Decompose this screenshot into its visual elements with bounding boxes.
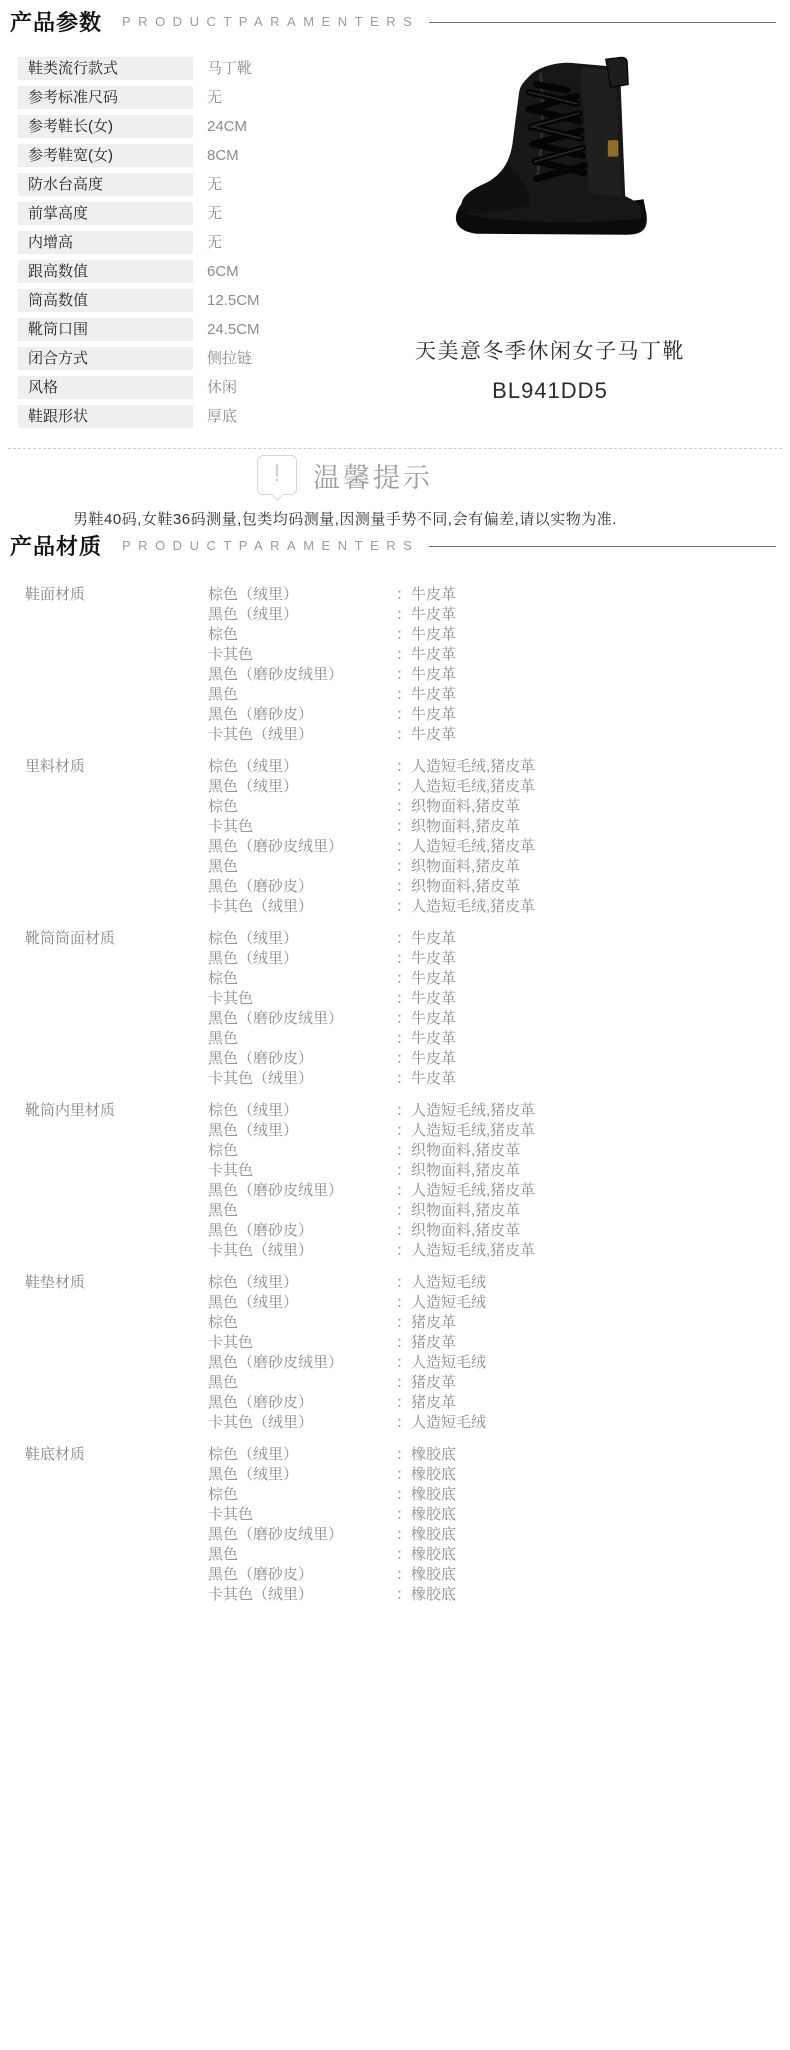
material-row: 卡其色（绒里） ：人造短毛绒,猪皮革 — [208, 897, 775, 917]
material-row: 黑色（磨砂皮绒里） ：人造短毛绒,猪皮革 — [208, 837, 775, 857]
material-color-variant: 棕色 — [208, 1485, 396, 1505]
material-value: ：人造短毛绒,猪皮革 — [396, 897, 535, 917]
header-rule — [429, 546, 776, 547]
material-value: ：牛皮革 — [396, 625, 456, 645]
material-color-variant: 黑色 — [208, 1029, 396, 1049]
material-row: 卡其色 ：牛皮革 — [208, 989, 775, 1009]
material-color-variant: 卡其色（绒里） — [208, 897, 396, 917]
material-row: 卡其色（绒里） ：橡胶底 — [208, 1585, 775, 1605]
param-label: 鞋类流行款式 — [18, 57, 193, 80]
material-color-variant: 棕色（绒里） — [208, 757, 396, 777]
material-value: ：牛皮革 — [396, 969, 456, 989]
material-section-label: 鞋面材质 — [25, 585, 208, 745]
material-color-variant: 黑色（磨砂皮绒里） — [208, 1009, 396, 1029]
param-row: 靴筒口围 24.5CM — [18, 318, 398, 341]
material-row: 卡其色 ：织物面料,猪皮革 — [208, 817, 775, 837]
param-label: 筒高数值 — [18, 289, 193, 312]
material-row: 黑色 ：织物面料,猪皮革 — [208, 1201, 775, 1221]
material-row: 黑色 ：猪皮革 — [208, 1373, 775, 1393]
param-value: 24CM — [207, 115, 247, 138]
material-row: 黑色（绒里） ：人造短毛绒,猪皮革 — [208, 1121, 775, 1141]
material-color-variant: 卡其色 — [208, 989, 396, 1009]
material-value: ：橡胶底 — [396, 1465, 456, 1485]
params-table: 鞋类流行款式 马丁靴 参考标准尺码 无 参考鞋长(女) 24CM 参考鞋宽(女)… — [18, 57, 398, 434]
material-value: ：织物面料,猪皮革 — [396, 1141, 520, 1161]
material-row: 棕色 ：牛皮革 — [208, 625, 775, 645]
material-color-variant: 黑色（磨砂皮绒里） — [208, 1181, 396, 1201]
material-section: 靴筒内里材质 棕色（绒里） ：人造短毛绒,猪皮革 黑色（绒里） ：人造短毛绒,猪… — [25, 1101, 775, 1261]
material-row: 卡其色 ：橡胶底 — [208, 1505, 775, 1525]
material-color-variant: 黑色（磨砂皮） — [208, 1049, 396, 1069]
materials-section-header: 产品材质 PRODUCTPARAMENTERS — [10, 530, 776, 561]
material-section: 里料材质 棕色（绒里） ：人造短毛绒,猪皮革 黑色（绒里） ：人造短毛绒,猪皮革 — [25, 757, 775, 917]
material-row: 黑色（磨砂皮绒里） ：牛皮革 — [208, 665, 775, 685]
product-name: 天美意冬季休闲女子马丁靴 — [400, 335, 700, 365]
param-value: 厚底 — [207, 405, 237, 428]
material-value: ：人造短毛绒,猪皮革 — [396, 757, 535, 777]
material-rows: 棕色（绒里） ：人造短毛绒,猪皮革 黑色（绒里） ：人造短毛绒,猪皮革 棕色 ：… — [208, 757, 775, 917]
product-summary: 天美意冬季休闲女子马丁靴 BL941DD5 — [400, 50, 700, 404]
material-color-variant: 卡其色 — [208, 645, 396, 665]
param-value: 12.5CM — [207, 289, 260, 312]
param-row: 闭合方式 侧拉链 — [18, 347, 398, 370]
material-color-variant: 棕色（绒里） — [208, 1273, 396, 1293]
material-row: 卡其色（绒里） ：牛皮革 — [208, 1069, 775, 1089]
material-color-variant: 黑色（磨砂皮绒里） — [208, 1353, 396, 1373]
material-value: ：牛皮革 — [396, 585, 456, 605]
param-row: 参考鞋宽(女) 8CM — [18, 144, 398, 167]
material-color-variant: 卡其色 — [208, 817, 396, 837]
material-row: 棕色（绒里） ：牛皮革 — [208, 929, 775, 949]
material-value: ：牛皮革 — [396, 929, 456, 949]
material-row: 棕色（绒里） ：人造短毛绒,猪皮革 — [208, 757, 775, 777]
material-value: ：织物面料,猪皮革 — [396, 1201, 520, 1221]
material-value: ：人造短毛绒 — [396, 1293, 486, 1313]
tips-note: 男鞋40码,女鞋36码测量,包类均码测量,因测量手势不同,会有偏差,请以实物为准… — [0, 508, 690, 529]
material-row: 卡其色 ：猪皮革 — [208, 1333, 775, 1353]
tips-title: 温馨提示 — [313, 456, 433, 495]
material-value: ：牛皮革 — [396, 685, 456, 705]
material-section: 鞋底材质 棕色（绒里） ：橡胶底 黑色（绒里） ：橡胶底 — [25, 1445, 775, 1605]
product-detail-page: 产品参数 PRODUCTPARAMENTERS 鞋类流行款式 马丁靴 参考标准尺… — [0, 0, 790, 2050]
material-value: ：人造短毛绒,猪皮革 — [396, 1121, 535, 1141]
material-value: ：牛皮革 — [396, 665, 456, 685]
param-label: 参考鞋宽(女) — [18, 144, 193, 167]
material-row: 卡其色 ：织物面料,猪皮革 — [208, 1161, 775, 1181]
material-section: 鞋面材质 棕色（绒里） ：牛皮革 黑色（绒里） ：牛皮革 — [25, 585, 775, 745]
material-rows: 棕色（绒里） ：牛皮革 黑色（绒里） ：牛皮革 棕色 ：牛皮革 — [208, 585, 775, 745]
material-row: 卡其色 ：牛皮革 — [208, 645, 775, 665]
material-section-label: 鞋底材质 — [25, 1445, 208, 1605]
material-color-variant: 黑色（磨砂皮） — [208, 705, 396, 725]
param-row: 风格 休闲 — [18, 376, 398, 399]
material-color-variant: 卡其色 — [208, 1161, 396, 1181]
material-row: 黑色（绒里） ：牛皮革 — [208, 605, 775, 625]
param-value: 6CM — [207, 260, 239, 283]
material-value: ：橡胶底 — [396, 1545, 456, 1565]
header-rule — [429, 22, 776, 23]
param-value: 8CM — [207, 144, 239, 167]
material-value: ：橡胶底 — [396, 1505, 456, 1525]
material-row: 棕色 ：牛皮革 — [208, 969, 775, 989]
material-value: ：猪皮革 — [396, 1333, 456, 1353]
material-color-variant: 黑色 — [208, 857, 396, 877]
material-color-variant: 棕色（绒里） — [208, 929, 396, 949]
material-color-variant: 棕色 — [208, 797, 396, 817]
material-color-variant: 棕色 — [208, 969, 396, 989]
material-color-variant: 卡其色 — [208, 1333, 396, 1353]
material-color-variant: 黑色（磨砂皮） — [208, 1565, 396, 1585]
material-row: 黑色（磨砂皮） ：牛皮革 — [208, 705, 775, 725]
params-section-title: 产品参数 — [10, 6, 102, 37]
material-row: 黑色 ：牛皮革 — [208, 685, 775, 705]
material-value: ：牛皮革 — [396, 645, 456, 665]
material-color-variant: 黑色（磨砂皮） — [208, 1393, 396, 1413]
material-color-variant: 黑色（绒里） — [208, 1465, 396, 1485]
material-row: 棕色（绒里） ：人造短毛绒 — [208, 1273, 775, 1293]
product-model-code: BL941DD5 — [400, 378, 700, 404]
material-row: 黑色（绒里） ：橡胶底 — [208, 1465, 775, 1485]
material-value: ：织物面料,猪皮革 — [396, 857, 520, 877]
param-row: 鞋跟形状 厚底 — [18, 405, 398, 428]
material-color-variant: 黑色（绒里） — [208, 1293, 396, 1313]
materials-section-title: 产品材质 — [10, 530, 102, 561]
param-label: 参考标准尺码 — [18, 86, 193, 109]
material-value: ：牛皮革 — [396, 1069, 456, 1089]
material-color-variant: 棕色（绒里） — [208, 585, 396, 605]
material-value: ：牛皮革 — [396, 989, 456, 1009]
material-section-label: 里料材质 — [25, 757, 208, 917]
material-value: ：猪皮革 — [396, 1393, 456, 1413]
material-row: 黑色 ：牛皮革 — [208, 1029, 775, 1049]
material-color-variant: 棕色 — [208, 1141, 396, 1161]
material-rows: 棕色（绒里） ：人造短毛绒,猪皮革 黑色（绒里） ：人造短毛绒,猪皮革 棕色 ：… — [208, 1101, 775, 1261]
material-value: ：猪皮革 — [396, 1373, 456, 1393]
material-row: 黑色（磨砂皮） ：牛皮革 — [208, 1049, 775, 1069]
material-rows: 棕色（绒里） ：牛皮革 黑色（绒里） ：牛皮革 棕色 ：牛皮革 — [208, 929, 775, 1089]
material-value: ：橡胶底 — [396, 1445, 456, 1465]
material-color-variant: 黑色 — [208, 685, 396, 705]
materials-table: 鞋面材质 棕色（绒里） ：牛皮革 黑色（绒里） ：牛皮革 — [25, 585, 775, 1617]
param-label: 防水台高度 — [18, 173, 193, 196]
material-row: 棕色 ：橡胶底 — [208, 1485, 775, 1505]
param-row: 筒高数值 12.5CM — [18, 289, 398, 312]
material-value: ：织物面料,猪皮革 — [396, 877, 520, 897]
param-value: 侧拉链 — [207, 347, 252, 370]
material-value: ：牛皮革 — [396, 725, 456, 745]
material-section: 靴筒筒面材质 棕色（绒里） ：牛皮革 黑色（绒里） ：牛皮革 — [25, 929, 775, 1089]
material-color-variant: 棕色（绒里） — [208, 1445, 396, 1465]
param-label: 跟高数值 — [18, 260, 193, 283]
exclamation-bubble-icon: ! — [257, 455, 297, 495]
param-value: 无 — [207, 173, 222, 196]
material-color-variant: 棕色 — [208, 1313, 396, 1333]
material-row: 棕色 ：织物面料,猪皮革 — [208, 797, 775, 817]
material-value: ：人造短毛绒,猪皮革 — [396, 777, 535, 797]
material-row: 黑色（磨砂皮） ：橡胶底 — [208, 1565, 775, 1585]
material-section: 鞋垫材质 棕色（绒里） ：人造短毛绒 黑色（绒里） ：人造短毛绒 — [25, 1273, 775, 1433]
param-label: 内增高 — [18, 231, 193, 254]
material-value: ：织物面料,猪皮革 — [396, 797, 520, 817]
material-value: ：橡胶底 — [396, 1525, 456, 1545]
param-label: 前掌高度 — [18, 202, 193, 225]
param-row: 鞋类流行款式 马丁靴 — [18, 57, 398, 80]
dashed-divider — [8, 448, 782, 449]
params-section-header: 产品参数 PRODUCTPARAMENTERS — [10, 6, 776, 37]
material-row: 棕色 ：猪皮革 — [208, 1313, 775, 1333]
material-value: ：织物面料,猪皮革 — [396, 1221, 520, 1241]
material-color-variant: 黑色（磨砂皮） — [208, 877, 396, 897]
material-section-label: 靴筒筒面材质 — [25, 929, 208, 1089]
param-row: 前掌高度 无 — [18, 202, 398, 225]
material-color-variant: 卡其色（绒里） — [208, 1413, 396, 1433]
material-color-variant: 卡其色（绒里） — [208, 1241, 396, 1261]
material-row: 黑色（磨砂皮） ：织物面料,猪皮革 — [208, 1221, 775, 1241]
param-value: 马丁靴 — [207, 57, 252, 80]
material-row: 棕色（绒里） ：牛皮革 — [208, 585, 775, 605]
material-color-variant: 黑色（绒里） — [208, 605, 396, 625]
material-row: 棕色（绒里） ：橡胶底 — [208, 1445, 775, 1465]
material-row: 卡其色（绒里） ：人造短毛绒 — [208, 1413, 775, 1433]
material-row: 卡其色（绒里） ：牛皮革 — [208, 725, 775, 745]
material-rows: 棕色（绒里） ：人造短毛绒 黑色（绒里） ：人造短毛绒 棕色 ：猪皮革 — [208, 1273, 775, 1433]
material-value: ：牛皮革 — [396, 1009, 456, 1029]
exclamation-glyph: ! — [258, 456, 296, 492]
param-label: 鞋跟形状 — [18, 405, 193, 428]
material-value: ：人造短毛绒 — [396, 1273, 486, 1293]
param-value: 休闲 — [207, 376, 237, 399]
param-row: 跟高数值 6CM — [18, 260, 398, 283]
material-row: 黑色（磨砂皮绒里） ：人造短毛绒 — [208, 1353, 775, 1373]
material-value: ：牛皮革 — [396, 705, 456, 725]
material-value: ：人造短毛绒,猪皮革 — [396, 1181, 535, 1201]
material-value: ：人造短毛绒 — [396, 1413, 486, 1433]
material-color-variant: 黑色（磨砂皮绒里） — [208, 837, 396, 857]
material-row: 卡其色（绒里） ：人造短毛绒,猪皮革 — [208, 1241, 775, 1261]
material-row: 黑色（绒里） ：牛皮革 — [208, 949, 775, 969]
material-row: 黑色（磨砂皮绒里） ：橡胶底 — [208, 1525, 775, 1545]
material-row: 黑色（磨砂皮） ：猪皮革 — [208, 1393, 775, 1413]
param-label: 参考鞋长(女) — [18, 115, 193, 138]
material-color-variant: 棕色 — [208, 625, 396, 645]
material-row: 棕色 ：织物面料,猪皮革 — [208, 1141, 775, 1161]
material-value: ：人造短毛绒,猪皮革 — [396, 1101, 535, 1121]
material-color-variant: 卡其色（绒里） — [208, 725, 396, 745]
material-color-variant: 黑色 — [208, 1373, 396, 1393]
material-row: 黑色（绒里） ：人造短毛绒 — [208, 1293, 775, 1313]
material-color-variant: 卡其色 — [208, 1505, 396, 1525]
material-color-variant: 黑色（磨砂皮绒里） — [208, 1525, 396, 1545]
material-value: ：橡胶底 — [396, 1585, 456, 1605]
material-value: ：牛皮革 — [396, 1049, 456, 1069]
material-row: 黑色（磨砂皮绒里） ：人造短毛绒,猪皮革 — [208, 1181, 775, 1201]
param-row: 防水台高度 无 — [18, 173, 398, 196]
material-value: ：人造短毛绒,猪皮革 — [396, 837, 535, 857]
tips-section: ! 温馨提示 男鞋40码,女鞋36码测量,包类均码测量,因测量手势不同,会有偏差… — [0, 455, 690, 529]
material-color-variant: 黑色（绒里） — [208, 1121, 396, 1141]
param-value: 无 — [207, 86, 222, 109]
material-color-variant: 棕色（绒里） — [208, 1101, 396, 1121]
material-value: ：人造短毛绒,猪皮革 — [396, 1241, 535, 1261]
material-color-variant: 卡其色（绒里） — [208, 1585, 396, 1605]
material-color-variant: 黑色（磨砂皮绒里） — [208, 665, 396, 685]
material-value: ：人造短毛绒 — [396, 1353, 486, 1373]
param-row: 内增高 无 — [18, 231, 398, 254]
material-value: ：橡胶底 — [396, 1485, 456, 1505]
material-row: 黑色（磨砂皮绒里） ：牛皮革 — [208, 1009, 775, 1029]
material-row: 黑色（磨砂皮） ：织物面料,猪皮革 — [208, 877, 775, 897]
material-value: ：牛皮革 — [396, 949, 456, 969]
material-rows: 棕色（绒里） ：橡胶底 黑色（绒里） ：橡胶底 棕色 ：橡胶底 — [208, 1445, 775, 1605]
material-value: ：猪皮革 — [396, 1313, 456, 1333]
material-value: ：织物面料,猪皮革 — [396, 1161, 520, 1181]
param-value: 无 — [207, 231, 222, 254]
material-color-variant: 黑色 — [208, 1201, 396, 1221]
param-label: 靴筒口围 — [18, 318, 193, 341]
param-value: 无 — [207, 202, 222, 225]
param-row: 参考标准尺码 无 — [18, 86, 398, 109]
material-row: 黑色 ：织物面料,猪皮革 — [208, 857, 775, 877]
params-section-subtitle: PRODUCTPARAMENTERS — [122, 14, 419, 29]
material-row: 棕色（绒里） ：人造短毛绒,猪皮革 — [208, 1101, 775, 1121]
material-color-variant: 黑色（绒里） — [208, 777, 396, 797]
param-label: 风格 — [18, 376, 193, 399]
material-value: ：牛皮革 — [396, 1029, 456, 1049]
material-row: 黑色 ：橡胶底 — [208, 1545, 775, 1565]
material-value: ：牛皮革 — [396, 605, 456, 625]
param-value: 24.5CM — [207, 318, 260, 341]
material-value: ：织物面料,猪皮革 — [396, 817, 520, 837]
material-row: 黑色（绒里） ：人造短毛绒,猪皮革 — [208, 777, 775, 797]
material-color-variant: 黑色（绒里） — [208, 949, 396, 969]
material-color-variant: 黑色 — [208, 1545, 396, 1565]
materials-section-subtitle: PRODUCTPARAMENTERS — [122, 538, 419, 553]
material-value: ：橡胶底 — [396, 1565, 456, 1585]
material-color-variant: 卡其色（绒里） — [208, 1069, 396, 1089]
product-photo-boot-image — [444, 50, 656, 246]
tips-header: ! 温馨提示 — [257, 455, 433, 495]
material-section-label: 鞋垫材质 — [25, 1273, 208, 1433]
material-color-variant: 黑色（磨砂皮） — [208, 1221, 396, 1241]
param-row: 参考鞋长(女) 24CM — [18, 115, 398, 138]
param-label: 闭合方式 — [18, 347, 193, 370]
material-section-label: 靴筒内里材质 — [25, 1101, 208, 1261]
